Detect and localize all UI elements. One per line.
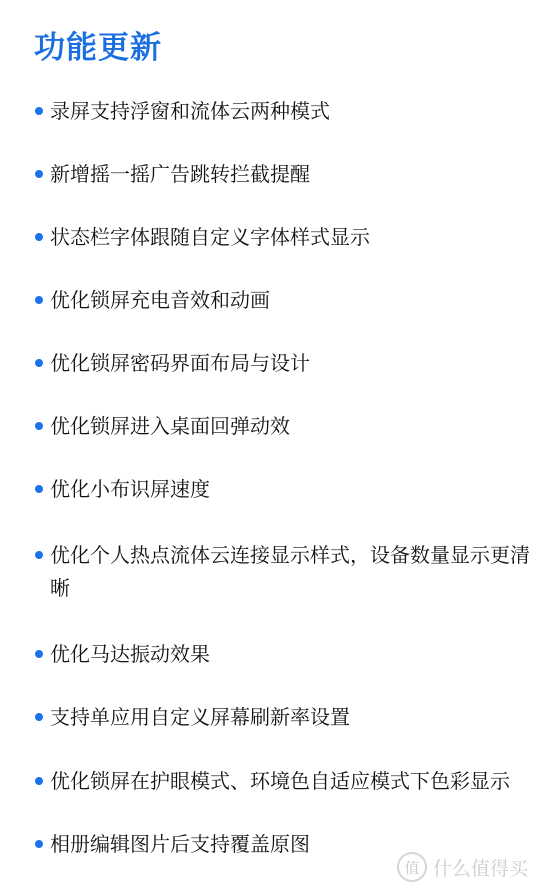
watermark: 值 什么值得买 xyxy=(397,852,528,882)
bullet-icon xyxy=(35,359,43,367)
list-item: 新增摇一摇广告跳转拦截提醒 xyxy=(50,158,530,191)
bullet-icon xyxy=(35,650,43,658)
bullet-icon xyxy=(35,713,43,721)
bullet-icon xyxy=(35,840,43,848)
list-item: 优化锁屏密码界面布局与设计 xyxy=(50,347,530,380)
page-title: 功能更新 xyxy=(34,22,162,67)
list-item: 优化小布识屏速度 xyxy=(50,473,530,506)
bullet-icon xyxy=(35,170,43,178)
bullet-icon xyxy=(35,296,43,304)
list-item: 录屏支持浮窗和流体云两种模式 xyxy=(50,95,530,128)
list-item: 优化锁屏在护眼模式、环境色自适应模式下色彩显示 xyxy=(50,765,540,798)
bullet-icon xyxy=(35,485,43,493)
list-item: 优化锁屏进入桌面回弹动效 xyxy=(50,410,530,443)
watermark-logo-icon: 值 xyxy=(397,852,427,882)
bullet-icon xyxy=(35,777,43,785)
bullet-icon xyxy=(35,233,43,241)
list-item: 优化个人热点流体云连接显示样式，设备数量显示更清晰 xyxy=(50,539,530,605)
bullet-icon xyxy=(35,107,43,115)
list-item: 支持单应用自定义屏幕刷新率设置 xyxy=(50,701,530,734)
bullet-icon xyxy=(35,551,43,559)
list-item: 优化锁屏充电音效和动画 xyxy=(50,284,530,317)
list-item: 状态栏字体跟随自定义字体样式显示 xyxy=(50,221,530,254)
bullet-icon xyxy=(35,422,43,430)
list-item: 优化马达振动效果 xyxy=(50,638,530,671)
